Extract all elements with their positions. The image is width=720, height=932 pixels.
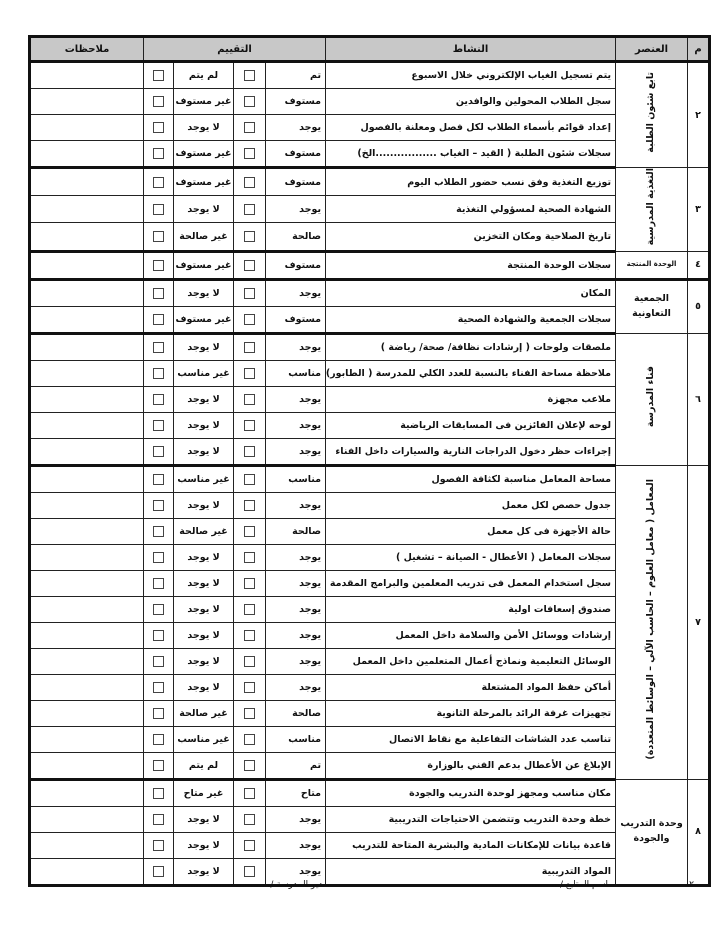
checkbox-icon[interactable]	[244, 788, 255, 799]
positive-option-label: يوجد	[266, 570, 326, 596]
positive-option-label: يوجد	[266, 544, 326, 570]
follower-name-field[interactable]: اسم المتابع /...........................…	[471, 880, 608, 890]
checkbox-icon[interactable]	[244, 342, 255, 353]
negative-option-label: غير صالحة	[174, 223, 234, 251]
checkbox-icon[interactable]	[153, 231, 164, 242]
positive-checkbox[interactable]	[234, 465, 266, 492]
group-element-label: فناء المدرسة	[645, 366, 657, 427]
table-row: إجراءات حظر دخول الدراجات النارية والسيا…	[30, 438, 710, 465]
checkbox-icon[interactable]	[153, 177, 164, 188]
evaluation-form: م العنصر النشاط التقييم ملاحظات ٢تابع شئ…	[28, 35, 708, 887]
header-notes: ملاحظات	[30, 37, 144, 62]
negative-checkbox[interactable]	[144, 518, 174, 544]
group-number: ٢	[688, 62, 710, 168]
group-element: فناء المدرسة	[616, 333, 688, 465]
checkbox-icon[interactable]	[244, 177, 255, 188]
header-activity: النشاط	[326, 37, 616, 62]
checkbox-icon[interactable]	[153, 148, 164, 159]
notes-cell[interactable]	[30, 544, 144, 570]
positive-checkbox[interactable]	[234, 438, 266, 465]
activity-cell: توزيع التغذية وفق نسب حضور الطلاب اليوم	[326, 168, 616, 196]
negative-option-label: غير مستوف	[174, 141, 234, 168]
notes-cell[interactable]	[30, 518, 144, 544]
group-element: المعامل ( معامل العلوم – الحاسب الآلي – …	[616, 465, 688, 779]
positive-checkbox[interactable]	[234, 752, 266, 779]
activity-cell: تاريخ الصلاحية ومكان التخزين	[326, 223, 616, 251]
checkbox-icon[interactable]	[244, 122, 255, 133]
table-row: قاعدة بيانات للإمكانات المادية والبشرية …	[30, 832, 710, 858]
group-element: التغذية المدرسية	[616, 168, 688, 252]
checkbox-icon[interactable]	[244, 656, 255, 667]
negative-checkbox[interactable]	[144, 752, 174, 779]
positive-checkbox[interactable]	[234, 700, 266, 726]
negative-option-label: لا يوجد	[174, 544, 234, 570]
activity-cell: الشهادة الصحية لمسؤولي التغذية	[326, 196, 616, 223]
notes-cell[interactable]	[30, 832, 144, 858]
table-row: ٣التغذية المدرسيةتوزيع التغذية وفق نسب ح…	[30, 168, 710, 196]
checkbox-icon[interactable]	[153, 552, 164, 563]
negative-option-label: لا يوجد	[174, 832, 234, 858]
positive-option-label: يوجد	[266, 386, 326, 412]
group-element-label: تابع شئون الطلبة	[645, 72, 657, 153]
checkbox-icon[interactable]	[153, 734, 164, 745]
checkbox-icon[interactable]	[244, 814, 255, 825]
negative-option-label: لا يوجد	[174, 438, 234, 465]
positive-option-label: تم	[266, 752, 326, 779]
checkbox-icon[interactable]	[153, 368, 164, 379]
notes-cell[interactable]	[30, 622, 144, 648]
negative-checkbox[interactable]	[144, 726, 174, 752]
negative-option-label: غير مناسب	[174, 360, 234, 386]
negative-checkbox[interactable]	[144, 168, 174, 196]
table-row: سجلات المعامل ( الأعطال - الصيانة – تشغي…	[30, 544, 710, 570]
table-row: خطة وحدة التدريب وتتضمن الاحتياجات التدر…	[30, 806, 710, 832]
table-row: سجلات شئون الطلبة ( القيد – الغياب .....…	[30, 141, 710, 168]
notes-cell[interactable]	[30, 492, 144, 518]
negative-checkbox[interactable]	[144, 141, 174, 168]
group-number: ٨	[688, 779, 710, 885]
negative-checkbox[interactable]	[144, 196, 174, 223]
checkbox-icon[interactable]	[153, 96, 164, 107]
positive-checkbox[interactable]	[234, 806, 266, 832]
checkbox-icon[interactable]	[153, 682, 164, 693]
checkbox-icon[interactable]	[244, 500, 255, 511]
notes-cell[interactable]	[30, 806, 144, 832]
positive-checkbox[interactable]	[234, 518, 266, 544]
checkbox-icon[interactable]	[153, 760, 164, 771]
positive-checkbox[interactable]	[234, 386, 266, 412]
positive-option-label: مناسب	[266, 360, 326, 386]
table-row: أماكن حفظ المواد المشتعلةيوجدلا يوجد	[30, 674, 710, 700]
table-row: سجل الطلاب المحولين والوافدينمستوفغير مس…	[30, 89, 710, 115]
negative-checkbox[interactable]	[144, 412, 174, 438]
table-row: تجهيزات غرفة الرائد بالمرحلة الثانويةصال…	[30, 700, 710, 726]
activity-cell: مساحة المعامل مناسبة لكثافة الفصول	[326, 465, 616, 492]
notes-cell[interactable]	[30, 386, 144, 412]
group-element: تابع شئون الطلبة	[616, 62, 688, 168]
positive-option-label: مستوف	[266, 89, 326, 115]
checkbox-icon[interactable]	[244, 96, 255, 107]
group-number: ٤	[688, 251, 710, 279]
group-number: ٥	[688, 279, 710, 333]
positive-checkbox[interactable]	[234, 89, 266, 115]
notes-cell[interactable]	[30, 196, 144, 223]
checkbox-icon[interactable]	[244, 148, 255, 159]
checkbox-icon[interactable]	[153, 342, 164, 353]
table-row: جدول حصص لكل معمليوجدلا يوجد	[30, 492, 710, 518]
positive-option-label: يوجد	[266, 412, 326, 438]
table-row: إعداد قوائم بأسماء الطلاب لكل فصل ومعلنة…	[30, 115, 710, 141]
activity-cell: سجلات شئون الطلبة ( القيد – الغياب .....…	[326, 141, 616, 168]
checkbox-icon[interactable]	[244, 630, 255, 641]
negative-checkbox[interactable]	[144, 386, 174, 412]
table-header-row: م العنصر النشاط التقييم ملاحظات	[30, 37, 710, 62]
negative-checkbox[interactable]	[144, 832, 174, 858]
negative-option-label: لا يوجد	[174, 279, 234, 306]
table-row: تاريخ الصلاحية ومكان التخزينصالحةغير صال…	[30, 223, 710, 251]
checkbox-icon[interactable]	[153, 840, 164, 851]
notes-cell[interactable]	[30, 726, 144, 752]
activity-cell: حالة الأجهزة فى كل معمل	[326, 518, 616, 544]
positive-checkbox[interactable]	[234, 596, 266, 622]
notes-cell[interactable]	[30, 752, 144, 779]
positive-checkbox[interactable]	[234, 223, 266, 251]
positive-option-label: صالحة	[266, 223, 326, 251]
positive-option-label: يوجد	[266, 196, 326, 223]
group-element: الوحدة المنتجة	[616, 251, 688, 279]
checkbox-icon[interactable]	[153, 70, 164, 81]
checkbox-icon[interactable]	[153, 288, 164, 299]
activity-cell: المكان	[326, 279, 616, 306]
checkbox-icon[interactable]	[153, 260, 164, 271]
activity-cell: تجهيزات غرفة الرائد بالمرحلة الثانوية	[326, 700, 616, 726]
notes-cell[interactable]	[30, 141, 144, 168]
negative-option-label: لا يوجد	[174, 386, 234, 412]
table-row: الشهادة الصحية لمسؤولي التغذيةيوجدلا يوج…	[30, 196, 710, 223]
negative-option-label: غير صالحة	[174, 518, 234, 544]
activity-cell: سجلات المعامل ( الأعطال - الصيانة – تشغي…	[326, 544, 616, 570]
negative-option-label: لم يتم	[174, 752, 234, 779]
checkbox-icon[interactable]	[244, 260, 255, 271]
checkbox-icon[interactable]	[153, 788, 164, 799]
activity-cell: ملاحظة مساحة الفناء بالنسبة للعدد الكلي …	[326, 360, 616, 386]
negative-checkbox[interactable]	[144, 622, 174, 648]
table-row: سجل استخدام المعمل فى تدريب المعلمين وال…	[30, 570, 710, 596]
activity-cell: مكان مناسب ومجهز لوحدة التدريب والجودة	[326, 779, 616, 806]
checkbox-icon[interactable]	[244, 734, 255, 745]
checkbox-icon[interactable]	[244, 578, 255, 589]
activity-cell: سجل استخدام المعمل فى تدريب المعلمين وال…	[326, 570, 616, 596]
notes-cell[interactable]	[30, 412, 144, 438]
positive-option-label: يوجد	[266, 115, 326, 141]
positive-option-label: تم	[266, 62, 326, 89]
notes-cell[interactable]	[30, 168, 144, 196]
checkbox-icon[interactable]	[244, 231, 255, 242]
table-row: ٧المعامل ( معامل العلوم – الحاسب الآلي –…	[30, 465, 710, 492]
negative-checkbox[interactable]	[144, 251, 174, 279]
notes-cell[interactable]	[30, 438, 144, 465]
notes-cell[interactable]	[30, 89, 144, 115]
activity-cell: قاعدة بيانات للإمكانات المادية والبشرية …	[326, 832, 616, 858]
checkbox-icon[interactable]	[153, 708, 164, 719]
table-body: ٢تابع شئون الطلبةيتم تسجيل الغياب الإلكت…	[30, 62, 710, 886]
negative-option-label: غير صالحة	[174, 700, 234, 726]
negative-option-label: لا يوجد	[174, 648, 234, 674]
negative-option-label: لا يوجد	[174, 806, 234, 832]
activity-cell: إرشادات ووسائل الأمن والسلامة داخل المعم…	[326, 622, 616, 648]
negative-option-label: لا يوجد	[174, 570, 234, 596]
positive-checkbox[interactable]	[234, 570, 266, 596]
positive-checkbox[interactable]	[234, 360, 266, 386]
negative-checkbox[interactable]	[144, 806, 174, 832]
checkbox-icon[interactable]	[244, 760, 255, 771]
positive-checkbox[interactable]	[234, 333, 266, 360]
notes-cell[interactable]	[30, 570, 144, 596]
positive-option-label: مستوف	[266, 168, 326, 196]
negative-option-label: غير متاح	[174, 779, 234, 806]
table-row: صندوق إسعافات اوليةيوجدلا يوجد	[30, 596, 710, 622]
positive-checkbox[interactable]	[234, 674, 266, 700]
negative-checkbox[interactable]	[144, 438, 174, 465]
positive-option-label: مناسب	[266, 726, 326, 752]
checkbox-icon[interactable]	[244, 552, 255, 563]
negative-checkbox[interactable]	[144, 570, 174, 596]
checkbox-icon[interactable]	[153, 420, 164, 431]
activity-cell: ملصقات ولوحات ( إرشادات نظافة/ صحة/ رياض…	[326, 333, 616, 360]
principal-name-field[interactable]: مدير المدرسة /..........................…	[153, 880, 328, 890]
checkbox-icon[interactable]	[153, 446, 164, 457]
negative-checkbox[interactable]	[144, 492, 174, 518]
negative-checkbox[interactable]	[144, 62, 174, 89]
checkbox-icon[interactable]	[244, 682, 255, 693]
positive-option-label: يوجد	[266, 806, 326, 832]
group-number: ٦	[688, 333, 710, 465]
header-num: م	[688, 37, 710, 62]
positive-checkbox[interactable]	[234, 779, 266, 806]
positive-checkbox[interactable]	[234, 648, 266, 674]
activity-cell: سجلات الوحدة المنتجة	[326, 251, 616, 279]
table-row: ٢تابع شئون الطلبةيتم تسجيل الغياب الإلكت…	[30, 62, 710, 89]
positive-checkbox[interactable]	[234, 622, 266, 648]
activity-cell: خطة وحدة التدريب وتتضمن الاحتياجات التدر…	[326, 806, 616, 832]
activity-cell: إجراءات حظر دخول الدراجات النارية والسيا…	[326, 438, 616, 465]
table-row: حالة الأجهزة فى كل معملصالحةغير صالحة	[30, 518, 710, 544]
checkbox-icon[interactable]	[153, 500, 164, 511]
activity-cell: ملاعب مجهزة	[326, 386, 616, 412]
table-row: الإبلاغ عن الأعطال بدعم الفني بالوزارةتم…	[30, 752, 710, 779]
negative-option-label: غير مستوف	[174, 306, 234, 333]
positive-option-label: مناسب	[266, 465, 326, 492]
negative-checkbox[interactable]	[144, 223, 174, 251]
positive-checkbox[interactable]	[234, 62, 266, 89]
table-row: الوسائل التعليمية ونماذج أعمال المتعلمين…	[30, 648, 710, 674]
negative-option-label: لا يوجد	[174, 596, 234, 622]
negative-option-label: لا يوجد	[174, 115, 234, 141]
checkbox-icon[interactable]	[153, 204, 164, 215]
positive-option-label: يوجد	[266, 832, 326, 858]
positive-option-label: صالحة	[266, 700, 326, 726]
activity-cell: الوسائل التعليمية ونماذج أعمال المتعلمين…	[326, 648, 616, 674]
notes-cell[interactable]	[30, 62, 144, 89]
notes-cell[interactable]	[30, 700, 144, 726]
checkbox-icon[interactable]	[244, 288, 255, 299]
positive-checkbox[interactable]	[234, 832, 266, 858]
activity-cell: تناسب عدد الشاشات التفاعلية مع نقاط الات…	[326, 726, 616, 752]
positive-checkbox[interactable]	[234, 492, 266, 518]
negative-option-label: لا يوجد	[174, 622, 234, 648]
checkbox-icon[interactable]	[153, 866, 164, 877]
positive-checkbox[interactable]	[234, 279, 266, 306]
table-row: تناسب عدد الشاشات التفاعلية مع نقاط الات…	[30, 726, 710, 752]
checkbox-icon[interactable]	[153, 578, 164, 589]
checkbox-icon[interactable]	[153, 656, 164, 667]
checkbox-icon[interactable]	[153, 604, 164, 615]
positive-checkbox[interactable]	[234, 251, 266, 279]
checkbox-icon[interactable]	[244, 368, 255, 379]
checkbox-icon[interactable]	[153, 122, 164, 133]
negative-checkbox[interactable]	[144, 465, 174, 492]
table-row: ٤الوحدة المنتجةسجلات الوحدة المنتجةمستوف…	[30, 251, 710, 279]
checkbox-icon[interactable]	[244, 526, 255, 537]
notes-cell[interactable]	[30, 223, 144, 251]
group-element-label: المعامل ( معامل العلوم – الحاسب الآلي – …	[645, 479, 657, 760]
table-row: ملاعب مجهزةيوجدلا يوجد	[30, 386, 710, 412]
notes-cell[interactable]	[30, 858, 144, 885]
group-number: ٣	[688, 168, 710, 252]
negative-option-label: غير مستوف	[174, 89, 234, 115]
negative-option-label: لا يوجد	[174, 492, 234, 518]
positive-checkbox[interactable]	[234, 306, 266, 333]
negative-checkbox[interactable]	[144, 674, 174, 700]
notes-cell[interactable]	[30, 306, 144, 333]
positive-option-label: يوجد	[266, 674, 326, 700]
negative-checkbox[interactable]	[144, 544, 174, 570]
checkbox-icon[interactable]	[153, 314, 164, 325]
checkbox-icon[interactable]	[153, 526, 164, 537]
positive-option-label: متاح	[266, 779, 326, 806]
checkbox-icon[interactable]	[244, 70, 255, 81]
positive-checkbox[interactable]	[234, 141, 266, 168]
checkbox-icon[interactable]	[244, 394, 255, 405]
table-row: ٥الجمعية التعاونيةالمكانيوجدلا يوجد	[30, 279, 710, 306]
positive-option-label: مستوف	[266, 251, 326, 279]
activity-cell: صندوق إسعافات اولية	[326, 596, 616, 622]
checkbox-icon[interactable]	[244, 604, 255, 615]
negative-checkbox[interactable]	[144, 700, 174, 726]
negative-checkbox[interactable]	[144, 648, 174, 674]
table-row: لوحه لإعلان الفائزين فى المسابقات الرياض…	[30, 412, 710, 438]
header-element: العنصر	[616, 37, 688, 62]
positive-option-label: يوجد	[266, 622, 326, 648]
checkbox-icon[interactable]	[153, 630, 164, 641]
group-element-label: التغذية المدرسية	[645, 168, 657, 245]
activity-cell: يتم تسجيل الغياب الإلكتروني خلال الاسبوع	[326, 62, 616, 89]
negative-checkbox[interactable]	[144, 333, 174, 360]
checkbox-icon[interactable]	[244, 446, 255, 457]
checkbox-icon[interactable]	[153, 814, 164, 825]
header-evaluation: التقييم	[144, 37, 326, 62]
negative-option-label: لم يتم	[174, 62, 234, 89]
notes-cell[interactable]	[30, 674, 144, 700]
evaluation-table: م العنصر النشاط التقييم ملاحظات ٢تابع شئ…	[28, 35, 711, 887]
positive-option-label: يوجد	[266, 596, 326, 622]
positive-option-label: مستوف	[266, 306, 326, 333]
activity-cell: جدول حصص لكل معمل	[326, 492, 616, 518]
group-number: ٧	[688, 465, 710, 779]
negative-checkbox[interactable]	[144, 279, 174, 306]
negative-option-label: لا يوجد	[174, 196, 234, 223]
negative-checkbox[interactable]	[144, 360, 174, 386]
positive-checkbox[interactable]	[234, 196, 266, 223]
positive-option-label: يوجد	[266, 492, 326, 518]
negative-option-label: غير مناسب	[174, 726, 234, 752]
notes-cell[interactable]	[30, 360, 144, 386]
negative-option-label: غير مستوف	[174, 251, 234, 279]
checkbox-icon[interactable]	[244, 420, 255, 431]
checkbox-icon[interactable]	[244, 204, 255, 215]
positive-checkbox[interactable]	[234, 412, 266, 438]
positive-checkbox[interactable]	[234, 168, 266, 196]
checkbox-icon[interactable]	[244, 840, 255, 851]
activity-cell: أماكن حفظ المواد المشتعلة	[326, 674, 616, 700]
activity-cell: إعداد قوائم بأسماء الطلاب لكل فصل ومعلنة…	[326, 115, 616, 141]
checkbox-icon[interactable]	[244, 866, 255, 877]
activity-cell: لوحه لإعلان الفائزين فى المسابقات الرياض…	[326, 412, 616, 438]
checkbox-icon[interactable]	[244, 314, 255, 325]
page-number: ٢	[689, 880, 694, 890]
negative-checkbox[interactable]	[144, 596, 174, 622]
group-element: وحدة التدريب والجودة	[616, 779, 688, 885]
negative-option-label: لا يوجد	[174, 333, 234, 360]
table-row: ملاحظة مساحة الفناء بالنسبة للعدد الكلي …	[30, 360, 710, 386]
negative-checkbox[interactable]	[144, 779, 174, 806]
notes-cell[interactable]	[30, 596, 144, 622]
notes-cell[interactable]	[30, 333, 144, 360]
negative-option-label: غير مستوف	[174, 168, 234, 196]
notes-cell[interactable]	[30, 279, 144, 306]
negative-option-label: لا يوجد	[174, 674, 234, 700]
negative-checkbox[interactable]	[144, 115, 174, 141]
checkbox-icon[interactable]	[153, 394, 164, 405]
positive-option-label: مستوف	[266, 141, 326, 168]
notes-cell[interactable]	[30, 251, 144, 279]
negative-checkbox[interactable]	[144, 89, 174, 115]
checkbox-icon[interactable]	[244, 474, 255, 485]
positive-checkbox[interactable]	[234, 544, 266, 570]
positive-option-label: يوجد	[266, 648, 326, 674]
checkbox-icon[interactable]	[153, 474, 164, 485]
negative-option-label: غير مناسب	[174, 465, 234, 492]
table-row: إرشادات ووسائل الأمن والسلامة داخل المعم…	[30, 622, 710, 648]
table-row: ٦فناء المدرسةملصقات ولوحات ( إرشادات نظا…	[30, 333, 710, 360]
checkbox-icon[interactable]	[244, 708, 255, 719]
group-element: الجمعية التعاونية	[616, 279, 688, 333]
positive-checkbox[interactable]	[234, 726, 266, 752]
notes-cell[interactable]	[30, 465, 144, 492]
table-row: سجلات الجمعية والشهادة الصحيةمستوفغير مس…	[30, 306, 710, 333]
positive-checkbox[interactable]	[234, 115, 266, 141]
positive-option-label: يوجد	[266, 438, 326, 465]
positive-option-label: صالحة	[266, 518, 326, 544]
notes-cell[interactable]	[30, 648, 144, 674]
positive-option-label: يوجد	[266, 279, 326, 306]
activity-cell: الإبلاغ عن الأعطال بدعم الفني بالوزارة	[326, 752, 616, 779]
notes-cell[interactable]	[30, 115, 144, 141]
table-row: ٨وحدة التدريب والجودةمكان مناسب ومجهز لو…	[30, 779, 710, 806]
notes-cell[interactable]	[30, 779, 144, 806]
activity-cell: سجلات الجمعية والشهادة الصحية	[326, 306, 616, 333]
negative-checkbox[interactable]	[144, 306, 174, 333]
